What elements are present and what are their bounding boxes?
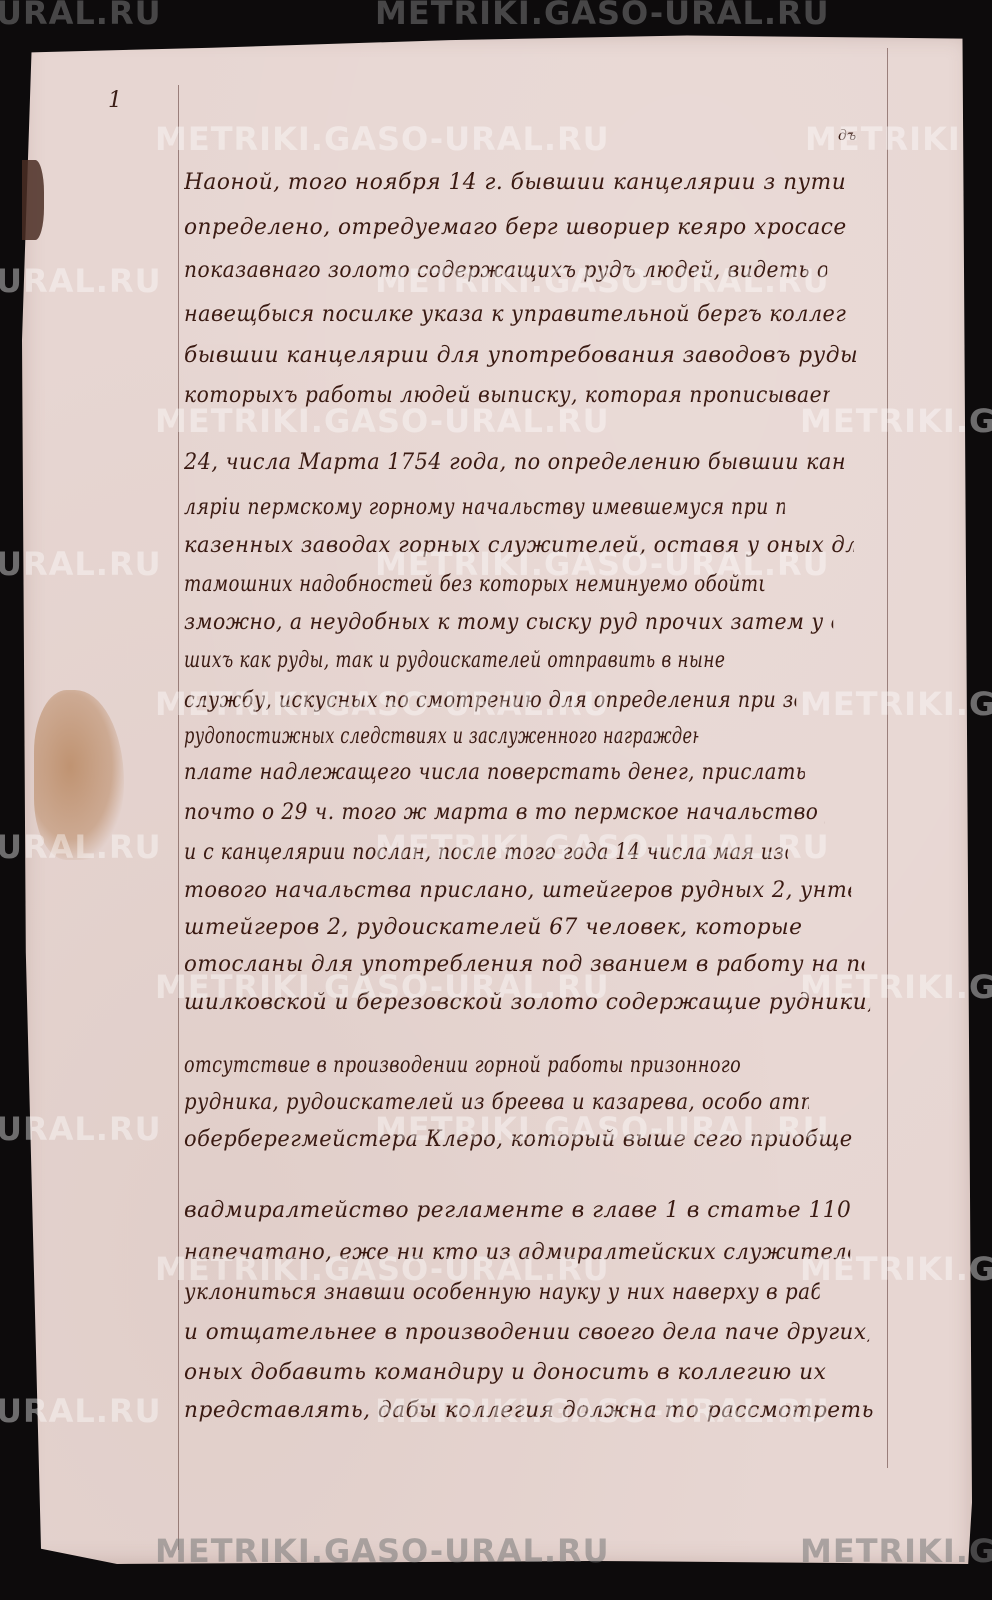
text-line: бывшии канцелярии для употребования заво… [184,343,874,368]
text-line: и с канцелярии послан, после того года 1… [184,840,788,865]
text-line: плате надлежащего числа поверстать денег… [184,760,805,785]
manuscript-scan: 1 дъ Наоной, того ноября 14 г. бывшии ка… [0,0,992,1600]
text-line: тового начальства прислано, штейгеров ру… [184,878,851,903]
right-margin-rule [887,48,888,1468]
left-margin-rule [178,85,179,1550]
text-line: определено, отредуемаго берг швориер кея… [184,215,874,240]
text-line: и отщательнее в производении своего дела… [184,1320,869,1345]
text-line: 24, числа Марта 1754 года, по определени… [184,450,846,475]
text-line: зможно, а неудобных к тому сыску руд про… [184,610,833,635]
superscript-note: дъ [838,128,856,144]
text-line: почто о 29 ч. того ж марта в то пермское… [184,800,825,825]
folio-mark: 1 [108,88,122,113]
text-line: штейгеров 2, рудоискателей 67 человек, к… [184,915,874,940]
text-line: отосланы для употребления под званием в … [184,952,864,977]
text-line: оных добавить командиру и доносить в кол… [184,1360,874,1385]
text-line: напечатано, еже ни кто из адмиралтейских… [184,1240,850,1265]
text-line: вадмиралтейство регламенте в главе 1 в с… [184,1198,874,1223]
text-line: шилковской и березовской золото содержащ… [184,990,870,1015]
text-line: показавнаго золото содержащихъ рудъ люде… [184,258,827,283]
text-line: представлять, дабы коллегия должна то ра… [184,1398,874,1423]
text-line: уклониться знавши особенную науку у них … [184,1280,820,1305]
torn-edge-damage [22,160,44,240]
text-line: которыхъ работы людей выписку, которая п… [184,383,830,408]
text-line: навещбыся посилке указа к управительной … [184,302,846,327]
text-line: казенных заводах горных служителей, оста… [184,533,854,558]
text-line: оберберегмейстера Клеро, который выше се… [184,1127,852,1152]
text-line: рудопостижных следствиях и заслуженного … [184,724,698,749]
text-line: тамошних надобностей без которых неминуе… [184,572,765,597]
text-line: рудника, рудоискателей из бреева и казар… [184,1090,809,1115]
text-line: службу, искусных по смотрению для опреде… [184,688,796,713]
watermark-text: METRIKI.GASO-URAL.RU [375,0,830,32]
text-line: шихъ как руды, так и рудоискателей отпра… [184,648,725,673]
text-line: Наоной, того ноября 14 г. бывшии канцеля… [184,170,874,195]
text-line: отсутствие в производении горной работы … [184,1053,744,1078]
watermark-text: URAL.RU [0,0,162,32]
text-line: ляріи пермскому горному начальству имевш… [184,495,785,520]
